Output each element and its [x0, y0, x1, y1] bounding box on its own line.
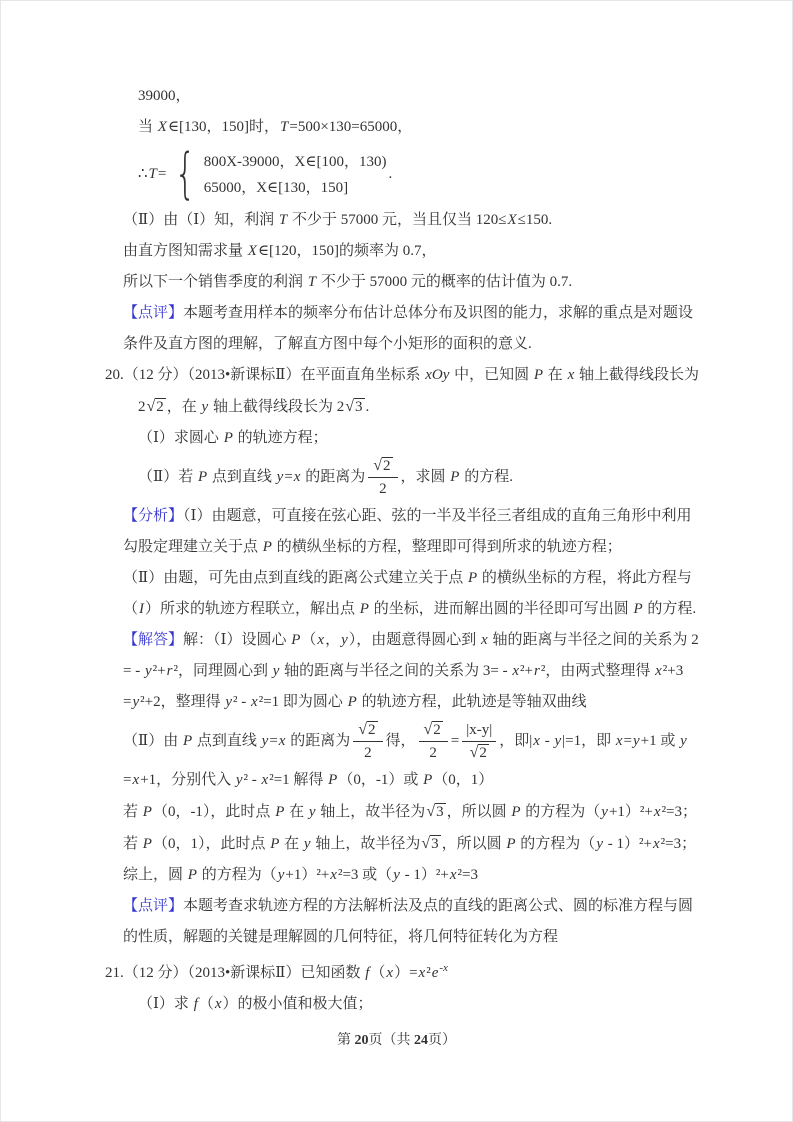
- math-variable: y: [600, 804, 609, 820]
- math-variable: P: [449, 469, 460, 485]
- math-variable: T: [278, 212, 288, 228]
- math-variable: P: [505, 836, 516, 852]
- sqrt-expression: √2: [147, 391, 166, 423]
- text-line: 【解答】解：（Ⅰ）设圆心 P（x，y），由题意得圆心到 x 轴的距离与半径之间的…: [1, 625, 792, 656]
- math-variable: r: [166, 663, 174, 679]
- math-variable: x: [449, 867, 458, 883]
- math-variable: x: [329, 867, 338, 883]
- math-variable: T: [279, 119, 289, 135]
- radical-icon: √: [147, 398, 156, 415]
- math-variable: x: [615, 733, 624, 749]
- radical-icon: √: [426, 803, 435, 820]
- text-run: 本题考查求轨迹方程的方法解析法及点的直线的距离公式、圆的标准方程与圆: [183, 898, 693, 914]
- sqrt-expression: √2: [373, 456, 392, 476]
- text-run: 若 P（0，1），此时点 P 在 y 轴上，故半径为: [123, 836, 420, 852]
- text-line: （I）所求的轨迹方程联立，解出点 P 的坐标，进而解出圆的半径即可写出圆 P 的…: [1, 594, 792, 625]
- text-run: 若 P（0，-1），此时点 P 在 y 轴上，故半径为: [123, 804, 425, 820]
- math-variable: y: [595, 836, 604, 852]
- text-run: （Ⅰ）求圆心 P 的轨迹方程；: [138, 430, 328, 446]
- math-variable: x: [131, 772, 140, 788]
- text-run: =: [451, 733, 459, 749]
- text-line: 20.（12 分）（2013•新课标Ⅱ）在平面直角坐标系 xOy 中，已知圆 P…: [1, 360, 792, 391]
- text-run: 得，: [386, 733, 416, 749]
- math-variable: P: [142, 804, 153, 820]
- math-variable: y: [303, 836, 312, 852]
- text-line: （Ⅱ）由（Ⅰ）知，利润 T 不少于 57000 元，当且仅当 120≤X≤150…: [1, 205, 792, 236]
- text-line: 2√2，在 y 轴上截得线段长为 2√3.: [1, 391, 792, 423]
- fraction: √22: [419, 720, 448, 763]
- math-variable: y: [632, 733, 641, 749]
- text-run: ∴T=: [138, 166, 166, 182]
- math-variable: y: [553, 733, 562, 749]
- text-run: （Ⅰ）求 f（x）的极小值和极大值；: [138, 996, 373, 1012]
- text-run: 的性质，解题的关键是理解圆的几何特征，将几何特征转化为方程: [123, 929, 558, 945]
- math-variable: T: [307, 274, 317, 290]
- text-run: （Ⅱ）由（Ⅰ）知，利润 T 不少于 57000 元，当且仅当 120≤X≤150…: [123, 212, 552, 228]
- math-variable: P: [632, 601, 643, 617]
- math-variable: x: [654, 663, 663, 679]
- text-line: 由直方图知需求量 X∈[120，150]的频率为 0.7，: [1, 236, 792, 267]
- text-run: 2: [138, 399, 146, 415]
- piecewise-cases: {800X-39000，X∈[100，130)65000，X∈[130，150]: [168, 149, 386, 201]
- math-variable: x: [316, 632, 325, 648]
- footer-page-number: 20: [355, 1033, 369, 1048]
- sqrt-expression: √3: [345, 391, 364, 423]
- math-variable: y: [144, 663, 153, 679]
- math-variable: x: [385, 965, 394, 981]
- sqrt-expression: √2: [358, 720, 377, 740]
- math-variable: y: [276, 469, 285, 485]
- math-variable: X: [157, 119, 168, 135]
- math-variable: x: [250, 694, 259, 710]
- text-run: 由直方图知需求量 X∈[120，150]的频率为 0.7，: [123, 243, 437, 259]
- text-run: （Ⅱ）由题，可先由点到直线的距离公式建立关于点 P 的横纵坐标的方程，将此方程与: [123, 570, 692, 586]
- math-variable: P: [510, 804, 521, 820]
- text-run: 条件及直方图的理解，了解直方图中每个小矩形的面积的意义.: [123, 336, 532, 352]
- radicand: 2: [367, 721, 378, 739]
- text-line: 所以下一个销售季度的利润 T 不少于 57000 元的概率的估计值为 0.7.: [1, 267, 792, 298]
- math-variable: P: [467, 570, 478, 586]
- text-run: 综上，圆 P 的方程为（y+1）²+x²=3 或（y - 1）²+x²=3: [123, 867, 478, 883]
- text-line: （Ⅰ）求圆心 P 的轨迹方程；: [1, 423, 792, 454]
- radicand: 2: [155, 398, 166, 416]
- fraction: √22: [368, 456, 397, 499]
- text-line: 【点评】本题考查用样本的频率分布估计总体分布及识图的能力，求解的重点是对题设: [1, 298, 792, 329]
- radical-icon: √: [345, 398, 354, 415]
- math-variable: y: [340, 632, 349, 648]
- math-variable: y: [131, 694, 140, 710]
- radicand: 3: [430, 835, 441, 853]
- math-variable: r: [533, 663, 541, 679]
- section-label: 【分析】: [123, 508, 183, 524]
- fraction-numerator: √2: [419, 720, 448, 742]
- fraction-numerator: √2: [368, 456, 397, 478]
- math-variable: P: [290, 632, 301, 648]
- brace-icon: {: [175, 150, 196, 199]
- text-run: （Ⅰ）由题意，可直接在弦心距、弦的一半及半径三者组成的直角三角形中利用: [183, 508, 691, 524]
- case-row: 800X-39000，X∈[100，130): [204, 149, 387, 175]
- fraction-denominator: 2: [368, 478, 397, 499]
- footer-suffix: 页）: [428, 1033, 456, 1048]
- math-variable: P: [197, 469, 208, 485]
- text-line: =y²+2，整理得 y² - x²=1 即为圆心 P 的轨迹方程，此轨迹是等轴双…: [1, 687, 792, 718]
- math-variable: T: [148, 166, 158, 182]
- math-variable: x: [532, 733, 541, 749]
- text-line: （Ⅱ）由 P 点到直线 y=x 的距离为√22得，√22=|x-y|√2，即|x…: [1, 718, 792, 765]
- lines: 39000，当 X∈[130，150]时，T=500×130=65000，∴T=…: [1, 81, 792, 1020]
- footer-prefix: 第: [337, 1033, 355, 1048]
- fraction: √22: [353, 720, 382, 763]
- math-variable: P: [142, 836, 153, 852]
- text-run: = - y²+r²，同理圆心到 y 轴的距离与半径之间的关系为 3= - x²+…: [123, 663, 683, 679]
- text-line: 39000，: [1, 81, 792, 112]
- text-run: 21.（12 分）（2013•新课标Ⅱ）已知函数 f（x）=x²e: [105, 965, 439, 981]
- footer-mid: 页（共: [369, 1033, 415, 1048]
- math-variable: P: [359, 601, 370, 617]
- math-variable: x: [652, 836, 661, 852]
- text-line: 若 P（0，-1），此时点 P 在 y 轴上，故半径为√3，所以圆 P 的方程为…: [1, 796, 792, 828]
- radical-icon: √: [373, 457, 382, 474]
- page-content: 39000，当 X∈[130，150]时，T=500×130=65000，∴T=…: [1, 81, 792, 1020]
- text-run: |x-y|: [466, 722, 492, 738]
- radicand: 2: [478, 744, 489, 762]
- math-variable: x: [261, 772, 270, 788]
- text-run: 2: [379, 481, 387, 497]
- text-run: 勾股定理建立关于点 P 的横纵坐标的方程，整理即可得到所求的轨迹方程；: [123, 539, 622, 555]
- text-run: =y²+2，整理得 y² - x²=1 即为圆心 P 的轨迹方程，此轨迹是等轴双…: [123, 694, 587, 710]
- text-line: 综上，圆 P 的方程为（y+1）²+x²=3 或（y - 1）²+x²=3: [1, 860, 792, 891]
- radical-icon: √: [470, 744, 479, 761]
- math-variable: P: [182, 733, 193, 749]
- math-variable: P: [187, 867, 198, 883]
- math-variable: y: [224, 694, 233, 710]
- math-variable: y: [277, 867, 286, 883]
- text-run: ，所以圆 P 的方程为（y+1）²+x²=3；: [447, 804, 697, 820]
- math-variable: P: [274, 804, 285, 820]
- fraction-denominator: 2: [419, 742, 448, 763]
- math-variable: xOy: [424, 367, 450, 383]
- math-variable: P: [223, 430, 234, 446]
- math-variable: x: [653, 804, 662, 820]
- math-variable: y: [235, 772, 244, 788]
- text-run: .: [388, 166, 392, 182]
- math-variable: y: [272, 663, 281, 679]
- sqrt-expression: √2: [424, 720, 443, 740]
- fraction-denominator: √2: [462, 742, 496, 763]
- fraction-numerator: √2: [353, 720, 382, 742]
- radicand: 2: [382, 457, 393, 475]
- sqrt-expression: √3: [421, 828, 440, 860]
- math-variable: X: [247, 243, 258, 259]
- document-page: 39000，当 X∈[130，150]时，T=500×130=65000，∴T=…: [0, 0, 793, 1122]
- text-run: =x+1，分别代入 y² - x²=1 解得 P（0，-1）或 P（0，1）: [123, 772, 493, 788]
- radicand: 3: [354, 398, 365, 416]
- math-variable: f: [364, 965, 370, 981]
- section-label: 【点评】: [123, 305, 183, 321]
- math-variable: P: [269, 836, 280, 852]
- fraction-denominator: 2: [353, 742, 382, 763]
- math-variable: x: [418, 965, 427, 981]
- text-line: 21.（12 分）（2013•新课标Ⅱ）已知函数 f（x）=x²e-x: [1, 953, 792, 989]
- math-variable: x: [567, 367, 576, 383]
- text-run: 本题考查用样本的频率分布估计总体分布及识图的能力，求解的重点是对题设: [183, 305, 693, 321]
- text-run: ，即|x - y|=1，即 x=y+1 或 y: [499, 733, 688, 749]
- text-line: 【点评】本题考查求轨迹方程的方法解析法及点的直线的距离公式、圆的标准方程与圆: [1, 891, 792, 922]
- text-run: 20.（12 分）（2013•新课标Ⅱ）在平面直角坐标系 xOy 中，已知圆 P…: [105, 367, 699, 383]
- math-variable: P: [533, 367, 544, 383]
- text-run: ，求圆 P 的方程.: [401, 469, 513, 485]
- text-line: 若 P（0，1），此时点 P 在 y 轴上，故半径为√3，所以圆 P 的方程为（…: [1, 828, 792, 860]
- math-variable: P: [422, 772, 433, 788]
- sqrt-expression: √3: [426, 796, 445, 828]
- text-line: 【分析】（Ⅰ）由题意，可直接在弦心距、弦的一半及半径三者组成的直角三角形中利用: [1, 501, 792, 532]
- case-rows: 800X-39000，X∈[100，130)65000，X∈[130，150]: [204, 149, 387, 201]
- case-row: 65000，X∈[130，150]: [204, 175, 387, 201]
- text-line: = - y²+r²，同理圆心到 y 轴的距离与半径之间的关系为 3= - x²+…: [1, 656, 792, 687]
- math-variable: x: [480, 632, 489, 648]
- text-run: 2: [429, 745, 437, 761]
- text-line: （Ⅱ）由题，可先由点到直线的距离公式建立关于点 P 的横纵坐标的方程，将此方程与: [1, 563, 792, 594]
- radical-icon: √: [424, 721, 433, 738]
- text-run: 2: [364, 745, 372, 761]
- superscript: -x: [439, 962, 448, 974]
- math-variable: f: [193, 996, 199, 1012]
- math-variable: y: [308, 804, 317, 820]
- text-run: （Ⅱ）若 P 点到直线 y=x 的距离为: [138, 469, 365, 485]
- radical-icon: √: [358, 721, 367, 738]
- radicand: 3: [435, 803, 446, 821]
- text-run: 解：（Ⅰ）设圆心 P（x，y），由题意得圆心到 x 轴的距离与半径之间的关系为 …: [183, 632, 699, 648]
- section-label: 【点评】: [123, 898, 183, 914]
- math-variable: y: [261, 733, 270, 749]
- text-run: 39000，: [138, 88, 191, 104]
- text-line: =x+1，分别代入 y² - x²=1 解得 P（0，-1）或 P（0，1）: [1, 765, 792, 796]
- fraction: |x-y|√2: [462, 720, 496, 763]
- text-line: 当 X∈[130，150]时，T=500×130=65000，: [1, 112, 792, 143]
- math-variable: x: [214, 996, 223, 1012]
- section-label: 【解答】: [123, 632, 183, 648]
- footer-total-pages: 24: [414, 1033, 428, 1048]
- math-variable: P: [347, 694, 358, 710]
- math-variable: P: [262, 539, 273, 555]
- math-variable: I: [138, 601, 145, 617]
- text-line: 条件及直方图的理解，了解直方图中每个小矩形的面积的意义.: [1, 329, 792, 360]
- text-run: ，所以圆 P 的方程为（y - 1）²+x²=3；: [442, 836, 696, 852]
- math-variable: P: [327, 772, 338, 788]
- text-run: （Ⅱ）由 P 点到直线 y=x 的距离为: [123, 733, 350, 749]
- page-footer: 第 20页（共 24页）: [1, 1029, 792, 1049]
- text-run: （I）所求的轨迹方程联立，解出点 P 的坐标，进而解出圆的半径即可写出圆 P 的…: [123, 601, 696, 617]
- radical-icon: √: [421, 835, 430, 852]
- math-variable: x: [511, 663, 520, 679]
- text-line: （Ⅰ）求 f（x）的极小值和极大值；: [1, 989, 792, 1020]
- fraction-numerator: |x-y|: [462, 720, 496, 742]
- text-line: 的性质，解题的关键是理解圆的几何特征，将几何特征转化为方程: [1, 922, 792, 953]
- math-variable: x: [293, 469, 302, 485]
- math-variable: y: [201, 399, 210, 415]
- math-variable: x: [278, 733, 287, 749]
- radicand: 2: [432, 721, 443, 739]
- text-line: ∴T={800X-39000，X∈[100，130)65000，X∈[130，1…: [1, 143, 792, 205]
- math-variable: X: [506, 212, 517, 228]
- sqrt-expression: √2: [470, 743, 489, 763]
- text-run: .: [366, 399, 370, 415]
- text-line: 勾股定理建立关于点 P 的横纵坐标的方程，整理即可得到所求的轨迹方程；: [1, 532, 792, 563]
- math-variable: y: [392, 867, 401, 883]
- text-line: （Ⅱ）若 P 点到直线 y=x 的距离为√22，求圆 P 的方程.: [1, 454, 792, 501]
- text-run: ，在 y 轴上截得线段长为 2: [167, 399, 344, 415]
- text-run: 所以下一个销售季度的利润 T 不少于 57000 元的概率的估计值为 0.7.: [123, 274, 572, 290]
- math-variable: y: [679, 733, 688, 749]
- text-run: 当 X∈[130，150]时，T=500×130=65000，: [138, 119, 412, 135]
